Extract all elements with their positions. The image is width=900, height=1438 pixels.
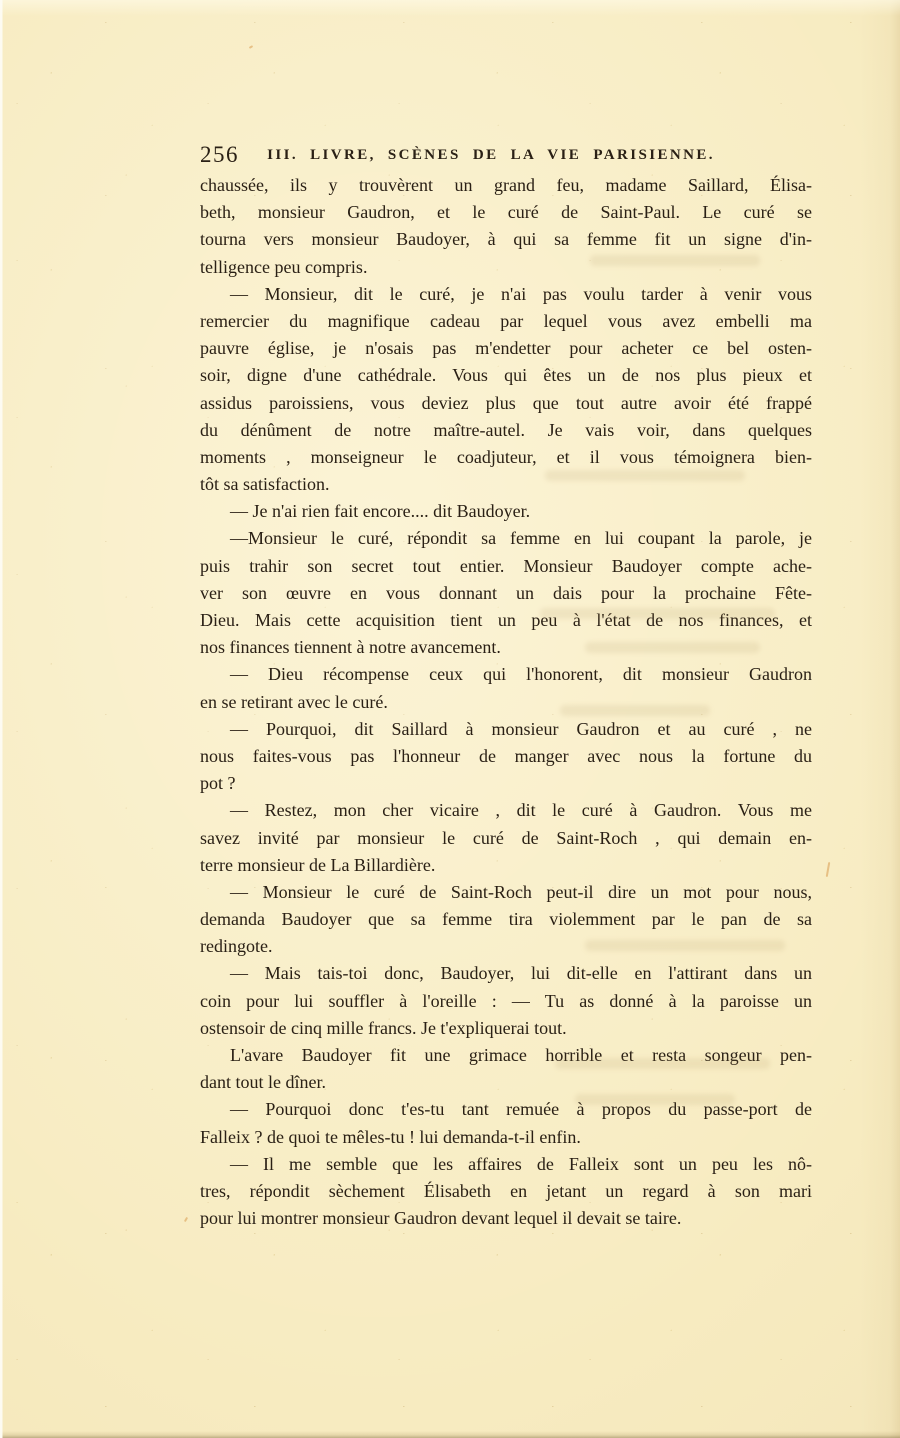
text-line: — Je n'ai rien fait encore.... dit Baudo… [200,498,812,525]
book-page-scan: 256 III. LIVRE, SCÈNES DE LA VIE PARISIE… [0,0,900,1438]
text-line: coin pour lui souffler à l'oreille : — T… [200,988,812,1015]
text-line: L'avare Baudoyer fit une grimace horribl… [200,1042,812,1069]
paragraph: — Dieu récompense ceux qui l'honorent, d… [200,661,812,715]
text-line: nos finances tiennent à notre avancement… [200,634,812,661]
text-line: ostensoir de cinq mille francs. Je t'exp… [200,1015,812,1042]
paper-fiber-mark [826,862,831,877]
text-line: tourna vers monsieur Baudoyer, à qui sa … [200,226,812,253]
paragraph: — Pourquoi donc t'es-tu tant remuée à pr… [200,1096,812,1150]
paragraph: —Monsieur le curé, répondit sa femme en … [200,525,812,661]
text-line: — Monsieur le curé de Saint-Roch peut-il… [200,879,812,906]
paragraph: — Monsieur, dit le curé, je n'ai pas vou… [200,281,812,499]
text-line: nous faites-vous pas l'honneur de manger… [200,743,812,770]
text-line: assidus paroissiens, vous deviez plus qu… [200,390,812,417]
text-line: en se retirant avec le curé. [200,689,812,716]
text-line: — Pourquoi, dit Saillard à monsieur Gaud… [200,716,812,743]
text-line: terre monsieur de La Billardière. [200,852,812,879]
paragraph: — Je n'ai rien fait encore.... dit Baudo… [200,498,812,525]
text-line: ver son œuvre en vous donnant un dais po… [200,580,812,607]
paragraph: — Pourquoi, dit Saillard à monsieur Gaud… [200,716,812,798]
text-line: — Dieu récompense ceux qui l'honorent, d… [200,661,812,688]
text-line: —Monsieur le curé, répondit sa femme en … [200,525,812,552]
text-line: — Restez, mon cher vicaire , dit le curé… [200,797,812,824]
text-line: moments , monseigneur le coadjuteur, et … [200,444,812,471]
paragraph: — Restez, mon cher vicaire , dit le curé… [200,797,812,879]
paragraph: L'avare Baudoyer fit une grimace horribl… [200,1042,812,1096]
text-line: savez invité par monsieur le curé de Sai… [200,825,812,852]
text-line: pour lui montrer monsieur Gaudron devant… [200,1205,812,1232]
text-line: — Pourquoi donc t'es-tu tant remuée à pr… [200,1096,812,1123]
text-line: chaussée, ils y trouvèrent un grand feu,… [200,172,812,199]
running-title: III. LIVRE, SCÈNES DE LA VIE PARISIENNE. [267,147,715,164]
text-line: remercier du magnifique cadeau par leque… [200,308,812,335]
text-line: dant tout le dîner. [200,1069,812,1096]
text-block: chaussée, ils y trouvèrent un grand feu,… [200,172,812,1232]
paragraph: chaussée, ils y trouvèrent un grand feu,… [200,172,812,281]
text-line: soir, digne d'une cathédrale. Vous qui ê… [200,362,812,389]
paragraph: — Monsieur le curé de Saint-Roch peut-il… [200,879,812,961]
text-line: Dieu. Mais cette acquisition tient un pe… [200,607,812,634]
text-line: Falleix ? de quoi te mêles-tu ! lui dema… [200,1124,812,1151]
text-line: pot ? [200,770,812,797]
text-line: tres, répondit sèchement Élisabeth en je… [200,1178,812,1205]
text-line: pauvre église, je n'osais pas m'endetter… [200,335,812,362]
paper-fiber-mark [184,1217,188,1222]
paragraph: — Mais tais-toi donc, Baudoyer, lui dit-… [200,960,812,1042]
text-line: — Il me semble que les affaires de Falle… [200,1151,812,1178]
paper-fiber-mark [249,45,253,49]
page-number: 256 [200,142,239,168]
text-line: tôt sa satisfaction. [200,471,812,498]
text-line: redingote. [200,933,812,960]
text-line: du dénûment de notre maître-autel. Je va… [200,417,812,444]
text-line: puis trahir son secret tout entier. Mons… [200,553,812,580]
text-line: telligence peu compris. [200,254,812,281]
paragraph: — Il me semble que les affaires de Falle… [200,1151,812,1233]
page-header: 256 III. LIVRE, SCÈNES DE LA VIE PARISIE… [200,142,812,172]
text-line: demanda Baudoyer que sa femme tira viole… [200,906,812,933]
text-line: — Mais tais-toi donc, Baudoyer, lui dit-… [200,960,812,987]
text-line: — Monsieur, dit le curé, je n'ai pas vou… [200,281,812,308]
text-line: beth, monsieur Gaudron, et le curé de Sa… [200,199,812,226]
